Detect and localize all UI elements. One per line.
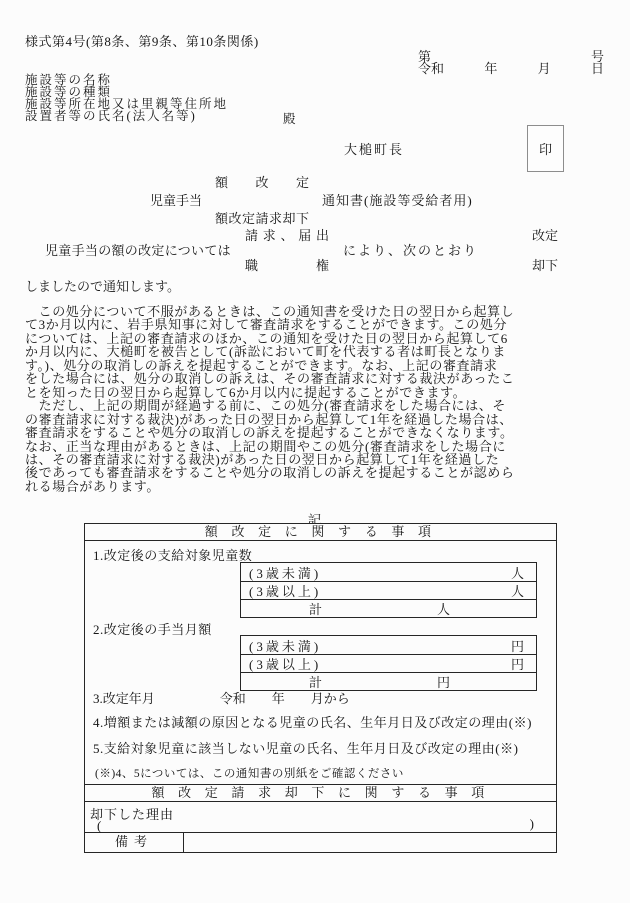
statement-line: 児童手当の額の改定については 請求、届出 職権 により、次のとおり 改定 却下 xyxy=(45,225,558,274)
rejection-section-header: 額 改 定 請 求 却 下 に 関 す る 事 項 xyxy=(85,784,556,802)
basis-option-request: 請求、届出 xyxy=(245,225,329,244)
statement-middle: により、次のとおり xyxy=(343,240,478,259)
amount-under3-unit: 円 xyxy=(511,636,524,655)
seal-mark: 印 xyxy=(539,139,552,158)
count-under3-unit: 人 xyxy=(511,563,524,582)
item3-label: 3.改定年月 xyxy=(93,688,155,707)
document-page: 様式第4号(第8条、第9条、第10条関係) 第 号 令和 年 月 日 施設等の名… xyxy=(0,0,630,903)
revision-section-body: 1.改定後の支給対象児童数 (3歳未満) 人 (3歳以上) 人 計 人 2.改定… xyxy=(85,541,556,784)
remarks-label: 備考 xyxy=(85,833,184,852)
table-row: (3歳未満) 円 xyxy=(241,636,536,654)
paren-open: ( xyxy=(97,818,101,834)
statement-basis-stack: 請求、届出 職権 xyxy=(245,225,329,274)
paren-close: ) xyxy=(530,816,534,832)
statement-result-stack: 改定 却下 xyxy=(532,225,558,274)
item1-label: 1.改定後の支給対象児童数 xyxy=(93,545,252,564)
title-option-revision: 額改定 xyxy=(215,172,309,191)
amount-over3-label: (3歳以上) xyxy=(249,654,321,673)
form-number: 様式第4号(第8条、第9条、第10条関係) xyxy=(25,31,259,50)
count-total-unit: 人 xyxy=(437,599,450,618)
honorific: 殿 xyxy=(283,109,296,127)
child-count-table: (3歳未満) 人 (3歳以上) 人 計 人 xyxy=(240,562,537,618)
appeal-notice-paragraph-1: この処分について不服があるときは、この通知書を受けた日の翌日から起算し て3か月… xyxy=(25,305,609,399)
rejection-reason-label: 却下した理由 xyxy=(90,804,174,823)
count-over3-unit: 人 xyxy=(511,581,524,600)
item2-label: 2.改定後の手当月額 xyxy=(93,619,212,638)
attachment-note: (※)4、5については、この通知書の別紙をご確認ください xyxy=(95,765,404,781)
amount-under3-label: (3歳未満) xyxy=(249,636,321,655)
date-month: 月 xyxy=(538,58,551,77)
title-option-stack: 額改定 額改定請求却下 xyxy=(215,172,309,227)
statement-lead: 児童手当の額の改定については xyxy=(45,240,231,259)
title-prefix: 児童手当 xyxy=(150,190,202,209)
issue-date-line: 令和 年 月 日 xyxy=(418,58,604,77)
issuer-name: 大槌町長 xyxy=(344,139,404,158)
table-row: (3歳以上) 人 xyxy=(241,581,536,599)
amount-total-unit: 円 xyxy=(437,672,450,691)
title-suffix: 通知書(施設等受給者用) xyxy=(322,190,473,209)
date-year: 年 xyxy=(484,58,497,77)
recipient-block: 施設等の名称 施設等の種類 施設等所在地又は里親等住所地 設置者等の氏名(法人名… xyxy=(25,74,228,122)
date-era: 令和 xyxy=(418,58,444,77)
item5-label: 5.支給対象児童に該当しない児童の氏名、生年月日及び改定の理由(※) xyxy=(93,738,518,757)
monthly-amount-table: (3歳未満) 円 (3歳以上) 円 計 円 xyxy=(240,635,537,691)
result-option-rejected: 却下 xyxy=(532,255,558,274)
item3-value: 令和 年 月から xyxy=(220,688,350,707)
seal-box: 印 xyxy=(527,125,564,172)
date-day: 日 xyxy=(591,58,604,77)
basis-option-authority: 職権 xyxy=(245,255,329,274)
table-row: (3歳以上) 円 xyxy=(241,654,536,672)
table-row: (3歳未満) 人 xyxy=(241,563,536,581)
amount-over3-unit: 円 xyxy=(511,654,524,673)
statement-closing: しましたので通知します。 xyxy=(25,276,180,295)
remarks-value xyxy=(184,833,556,852)
remarks-row: 備考 xyxy=(85,833,556,852)
count-total-label: 計 xyxy=(309,599,322,618)
appeal-notice-paragraph-2: ただし、上記の期間が経過する前に、この処分(審査請求をした場合には、そ の審査請… xyxy=(25,399,609,493)
revision-section-header: 額 改 定 に 関 す る 事 項 xyxy=(85,524,556,541)
appeal-notice: この処分について不服があるときは、この通知書を受けた日の翌日から起算し て3か月… xyxy=(25,305,609,493)
count-over3-label: (3歳以上) xyxy=(249,581,321,600)
item4-label: 4.増額または減額の原因となる児童の氏名、生年月日及び改定の理由(※) xyxy=(93,712,532,731)
count-under3-label: (3歳未満) xyxy=(249,563,321,582)
details-table: 額 改 定 に 関 す る 事 項 1.改定後の支給対象児童数 (3歳未満) 人… xyxy=(84,523,557,853)
revision-date-row: 3.改定年月 令和 年 月から xyxy=(93,688,350,707)
table-row-total: 計 人 xyxy=(241,599,536,617)
rejection-reason-row: 却下した理由 ( ) xyxy=(85,802,556,833)
result-option-revised: 改定 xyxy=(532,225,558,244)
recipient-founder-name: 設置者等の氏名(法人名等) xyxy=(25,110,228,122)
document-title: 児童手当 額改定 額改定請求却下 通知書(施設等受給者用) xyxy=(150,172,473,227)
